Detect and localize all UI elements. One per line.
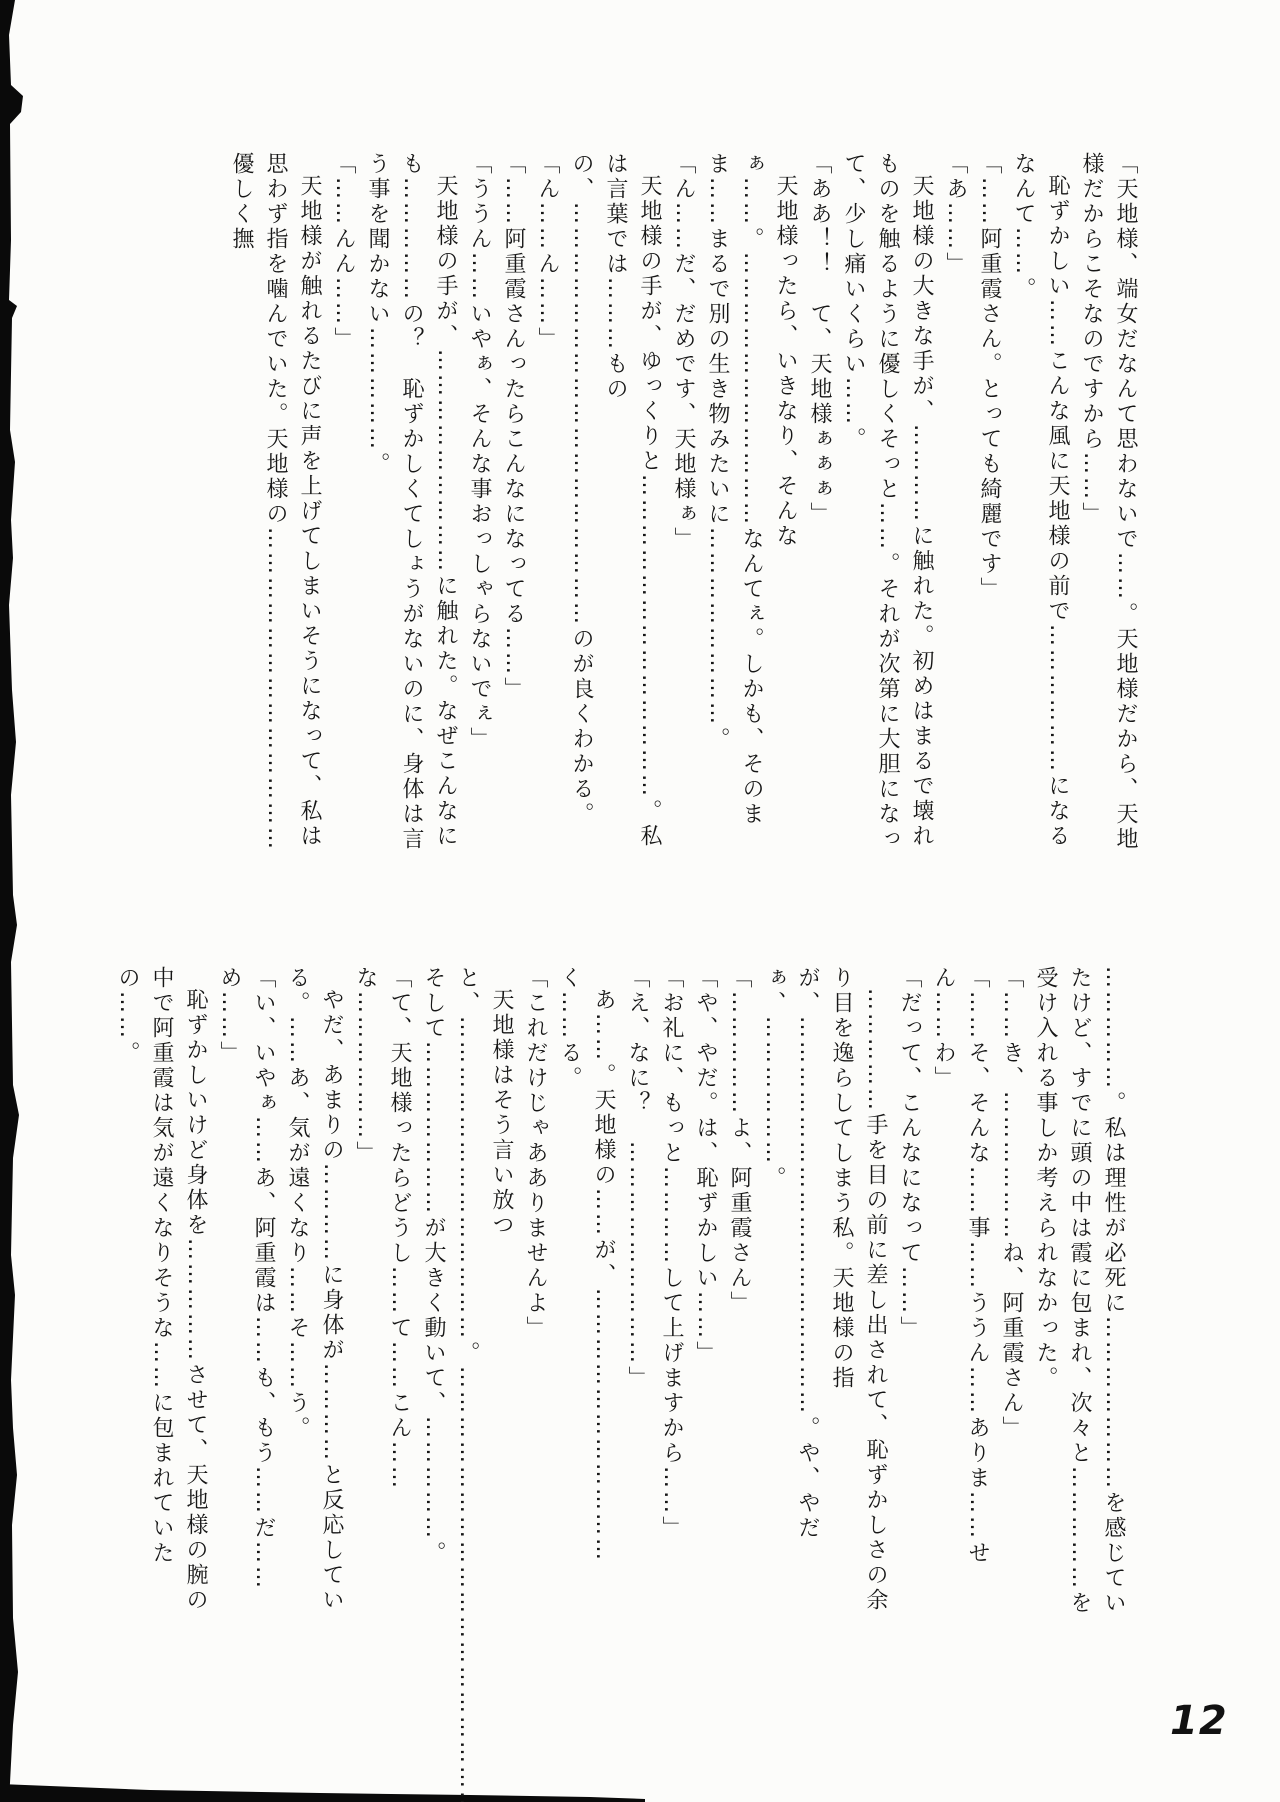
scanned-page: 「天地様、端女だなんて思わないで……。天地様だから、天地様だからこそなのですから… [0, 0, 1280, 1802]
text-column-paragraph: 恥ずかしい……こんな風に天地様の前で………………になるなんて……。 [1006, 152, 1074, 852]
text-column-paragraph: 天地様の手が、ゆっくりと…………………………………。私は言葉では………ものの、…… [564, 152, 666, 852]
text-column-paragraph: 「あ……」 [938, 152, 972, 852]
text-column-paragraph: 「……き、………………ね、阿重霞さん」 [994, 966, 1028, 1634]
text-column-paragraph: 「だって、こんなになって……」 [892, 966, 926, 1634]
text-column-paragraph: 「ああ！！ て、天地様ぁぁぁ」 [802, 152, 836, 852]
text-column-paragraph: 「ん……ん……」 [530, 152, 564, 852]
text-column-paragraph: 天地様の大きな手が、…………に触れた。初めはまるで壊れものを触るように優しくそっ… [836, 152, 938, 852]
scan-edge-left-artifact [0, 0, 30, 1802]
text-column-paragraph: 「ううん……いやぁ、そんな事おっしゃらないでぇ」 [462, 152, 496, 852]
page-number: 12 [1170, 1698, 1228, 1744]
text-column-paragraph: 天地様ったら、いきなり、そんなぁ……。……………………………なんてぇ。しかも、そ… [700, 152, 802, 852]
text-column-paragraph: 「お礼に、もっと…………して上げますから……」 [654, 966, 688, 1634]
text-column-paragraph: 「て、天地様ったらどうし……て……こん……な………………」 [348, 966, 416, 1634]
text-column-paragraph: 「天地様、端女だなんて思わないで……。天地様だから、天地様だからこそなのですから… [1074, 152, 1142, 852]
text-column-paragraph: 「ん……だ、だめです、天地様ぁ」 [666, 152, 700, 852]
text-column-paragraph: 「い、いやぁ……あ、阿重霞は……も、もう……だ……め……」 [212, 966, 280, 1634]
text-column-paragraph: 「……阿重霞さん。とっても綺麗です」 [972, 152, 1006, 852]
text-column-paragraph: 恥ずかしいけど身体を……………させて、天地様の腕の中で阿重霞は気が遠くなりそうな… [110, 966, 212, 1634]
text-column-paragraph: 「や、やだ。は、恥ずかしい……」 [688, 966, 722, 1634]
scan-edge-bottom-artifact [0, 1778, 1280, 1802]
text-column-paragraph: 「これだけじゃあありませんよ」 [518, 966, 552, 1634]
text-column-paragraph: 天地様はそう言い放つと、…………………………………。……………………………………… [416, 966, 518, 1634]
text-column-paragraph: やだ、あまりの…………に身体が…………と反応している。……あ、気が遠くなり……そ… [280, 966, 348, 1634]
text-column-paragraph: 「え、なに？ ………………………」 [620, 966, 654, 1634]
text-block-bottom: ……………。私は理性が必死に…………………を感じていたけど、すでに頭の中は霞に包… [110, 966, 1130, 1634]
text-column-paragraph: 「……んん……」 [326, 152, 360, 852]
text-block-top: 「天地様、端女だなんて思わないで……。天地様だから、天地様だからこそなのですから… [224, 152, 1142, 852]
text-column-paragraph: 天地様が触れるたびに声を上げてしまいそうになって、私は思わず指を噛んでいた。天地… [224, 152, 326, 852]
text-column-paragraph: 「……………よ、阿重霞さん」 [722, 966, 756, 1634]
text-column-paragraph: あ……。天地様の……が、……………………………く……る。 [552, 966, 620, 1634]
text-column-paragraph: ……………手を目の前に差し出されて、恥ずかしさの余り目を逸らしてしまう私。天地様… [756, 966, 892, 1634]
text-column-paragraph: 「……阿重霞さんったらこんなになってる……」 [496, 152, 530, 852]
text-column-paragraph: ……………。私は理性が必死に…………………を感じていたけど、すでに頭の中は霞に包… [1028, 966, 1130, 1634]
text-column-paragraph: 天地様の手が、………………………に触れた。なぜこんなにも……………の？ 恥ずかし… [360, 152, 462, 852]
text-column-paragraph: 「……そ、そんな……事……ううん……ありま……せん……わ」 [926, 966, 994, 1634]
